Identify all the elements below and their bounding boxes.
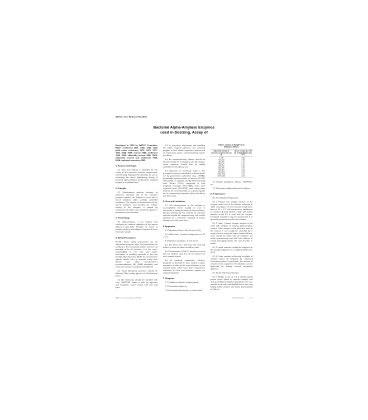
text-block: 1.1 This test method is intended for the… <box>116 169 158 184</box>
text-block: 6. Apparatus <box>163 225 205 228</box>
text-block: 4.4 An eyewash/safety shower should be l… <box>163 158 205 168</box>
page-canvas: AATCC Test Method 103-2004 Bacterial Alp… <box>114 112 254 308</box>
text-block: 3.1 alpha-amylase, n.—an enzyme that cat… <box>116 221 158 234</box>
page-title: Bacterial Alpha-Amylase Enzymes used in … <box>114 125 254 135</box>
text-block: 7.5 Potassium iodide-iodine stock soluti… <box>211 187 253 190</box>
text-block: 5. Uses and Limitations <box>163 200 205 203</box>
text-block: 8.1.3 Liquid samples should be weighed o… <box>211 246 253 254</box>
text-block: 4.5 Exposure to chemicals used in this p… <box>163 170 205 198</box>
table-cell-range: 1170-1300 <box>211 175 233 177</box>
table-cell-grams: 0.46 <box>234 175 253 177</box>
document-footer: AATCC Technical Manual/2005 TM 103-2004 … <box>116 297 253 299</box>
text-block: 7.2 Potassium iodide, cp. <box>163 285 205 288</box>
table-title-line2: Diluted to 100 mL <box>211 146 253 148</box>
column-3: Table I—Grams of Sample to be Diluted to… <box>211 144 253 293</box>
text-block: NOTE: These safety precautions are for i… <box>116 241 158 269</box>
text-block: 2.1 Standardized working solutions of re… <box>116 191 158 214</box>
text-block: 7.4 Sodium phosphate, dibasic, Na2HPO4, … <box>211 180 253 185</box>
table-col1-header: Expected activity of unknown sample (uni… <box>211 150 233 156</box>
footer-page-number: 171 <box>249 297 252 299</box>
table-body: 0-130 4.60 130-260 2.30 260-390 1. <box>211 156 253 178</box>
text-block: 7. Reagents <box>163 277 205 280</box>
text-block: 6.4 Test tubes; 25 × 200 mm; with rack a… <box>163 244 205 249</box>
text-block: 4.3 In preparing, dispensing and handlin… <box>163 144 205 157</box>
text-block: 8.1.2 Table I shows sample weights to be… <box>211 222 253 245</box>
text-block: 5.1 The dextrinization of the medium is … <box>163 204 205 222</box>
text-block: 6.1 Volumetric flasks; 100 mL (see 10.3)… <box>163 229 205 232</box>
table-1: Table I—Grams of Sample to be Diluted to… <box>211 144 253 178</box>
text-block: 6.6 A standard comparator solution; prep… <box>163 259 205 274</box>
text-block: 4. Safety Precautions <box>116 237 158 240</box>
text-block: 8.1.4 Crude samples sufficiently insolub… <box>211 255 253 270</box>
text-block: Developed in 1952 by AATCC Committee RA3… <box>116 144 158 162</box>
column-2: 4.3 In preparing, dispensing and handlin… <box>163 144 205 293</box>
text-block: 8.2.1 Weigh, to 0.1 g, 5.0 g soluble gra… <box>211 276 253 291</box>
footer-manual-label: AATCC Technical Manual/2005 <box>116 297 142 299</box>
text-block: 7.1 Cobaltous chloride, reagent grade. <box>163 281 205 284</box>
text-block: 3. Terminology <box>116 217 158 220</box>
text-block: 2. Principle <box>116 187 158 190</box>
table-col2-header: Grams sample per 100 mL of final dilutio… <box>234 150 253 156</box>
document-page: AATCC Test Method 103-2004 Bacterial Alp… <box>114 112 254 308</box>
text-block: 4.1 Good laboratory practices should be … <box>116 270 158 278</box>
text-block: 8.2 Starch Substrate Solution. <box>211 272 253 275</box>
text-block: 8.1.1 Prepare the sample solution of the… <box>211 201 253 221</box>
column-1: Developed in 1952 by AATCC Committee RA3… <box>116 144 158 293</box>
footer-method-number: TM 103-2004 <box>232 297 243 299</box>
table-header-row: Expected activity of unknown sample (uni… <box>211 149 253 156</box>
table-title: Table I—Grams of Sample to be Diluted to… <box>211 144 253 148</box>
text-block: 4.2 All chemicals should be handled with… <box>116 279 158 289</box>
text-block: 1. Purpose and Scope <box>116 165 158 168</box>
text-block: 8.1 Test Solution Preparation. <box>211 197 253 200</box>
text-block: 6.2 Buffer bath. Constant temperature at… <box>163 233 205 238</box>
text-block: 7.3 Potassium dichromate, cp, desiccated… <box>163 289 205 292</box>
text-block: 6.3 Pipettes; volumetric; 5 and 10 mL. <box>163 240 205 243</box>
document-header: AATCC Test Method 103-2004 <box>116 116 147 119</box>
table-row: 1170-1300 0.46 <box>211 175 253 177</box>
text-block: 8. Preparations <box>211 193 253 196</box>
text-block: 6.5 Thermometer; 0-100°C; also four or m… <box>163 250 205 258</box>
body-columns: Developed in 1952 by AATCC Committee RA3… <box>116 144 253 293</box>
page-title-line2: used in Desizing, Assay of <box>114 130 254 135</box>
column-3-text: 7.4 Sodium phosphate, dibasic, Na2HPO4, … <box>211 180 253 290</box>
footer-right: TM 103-2004 171 <box>227 297 253 299</box>
